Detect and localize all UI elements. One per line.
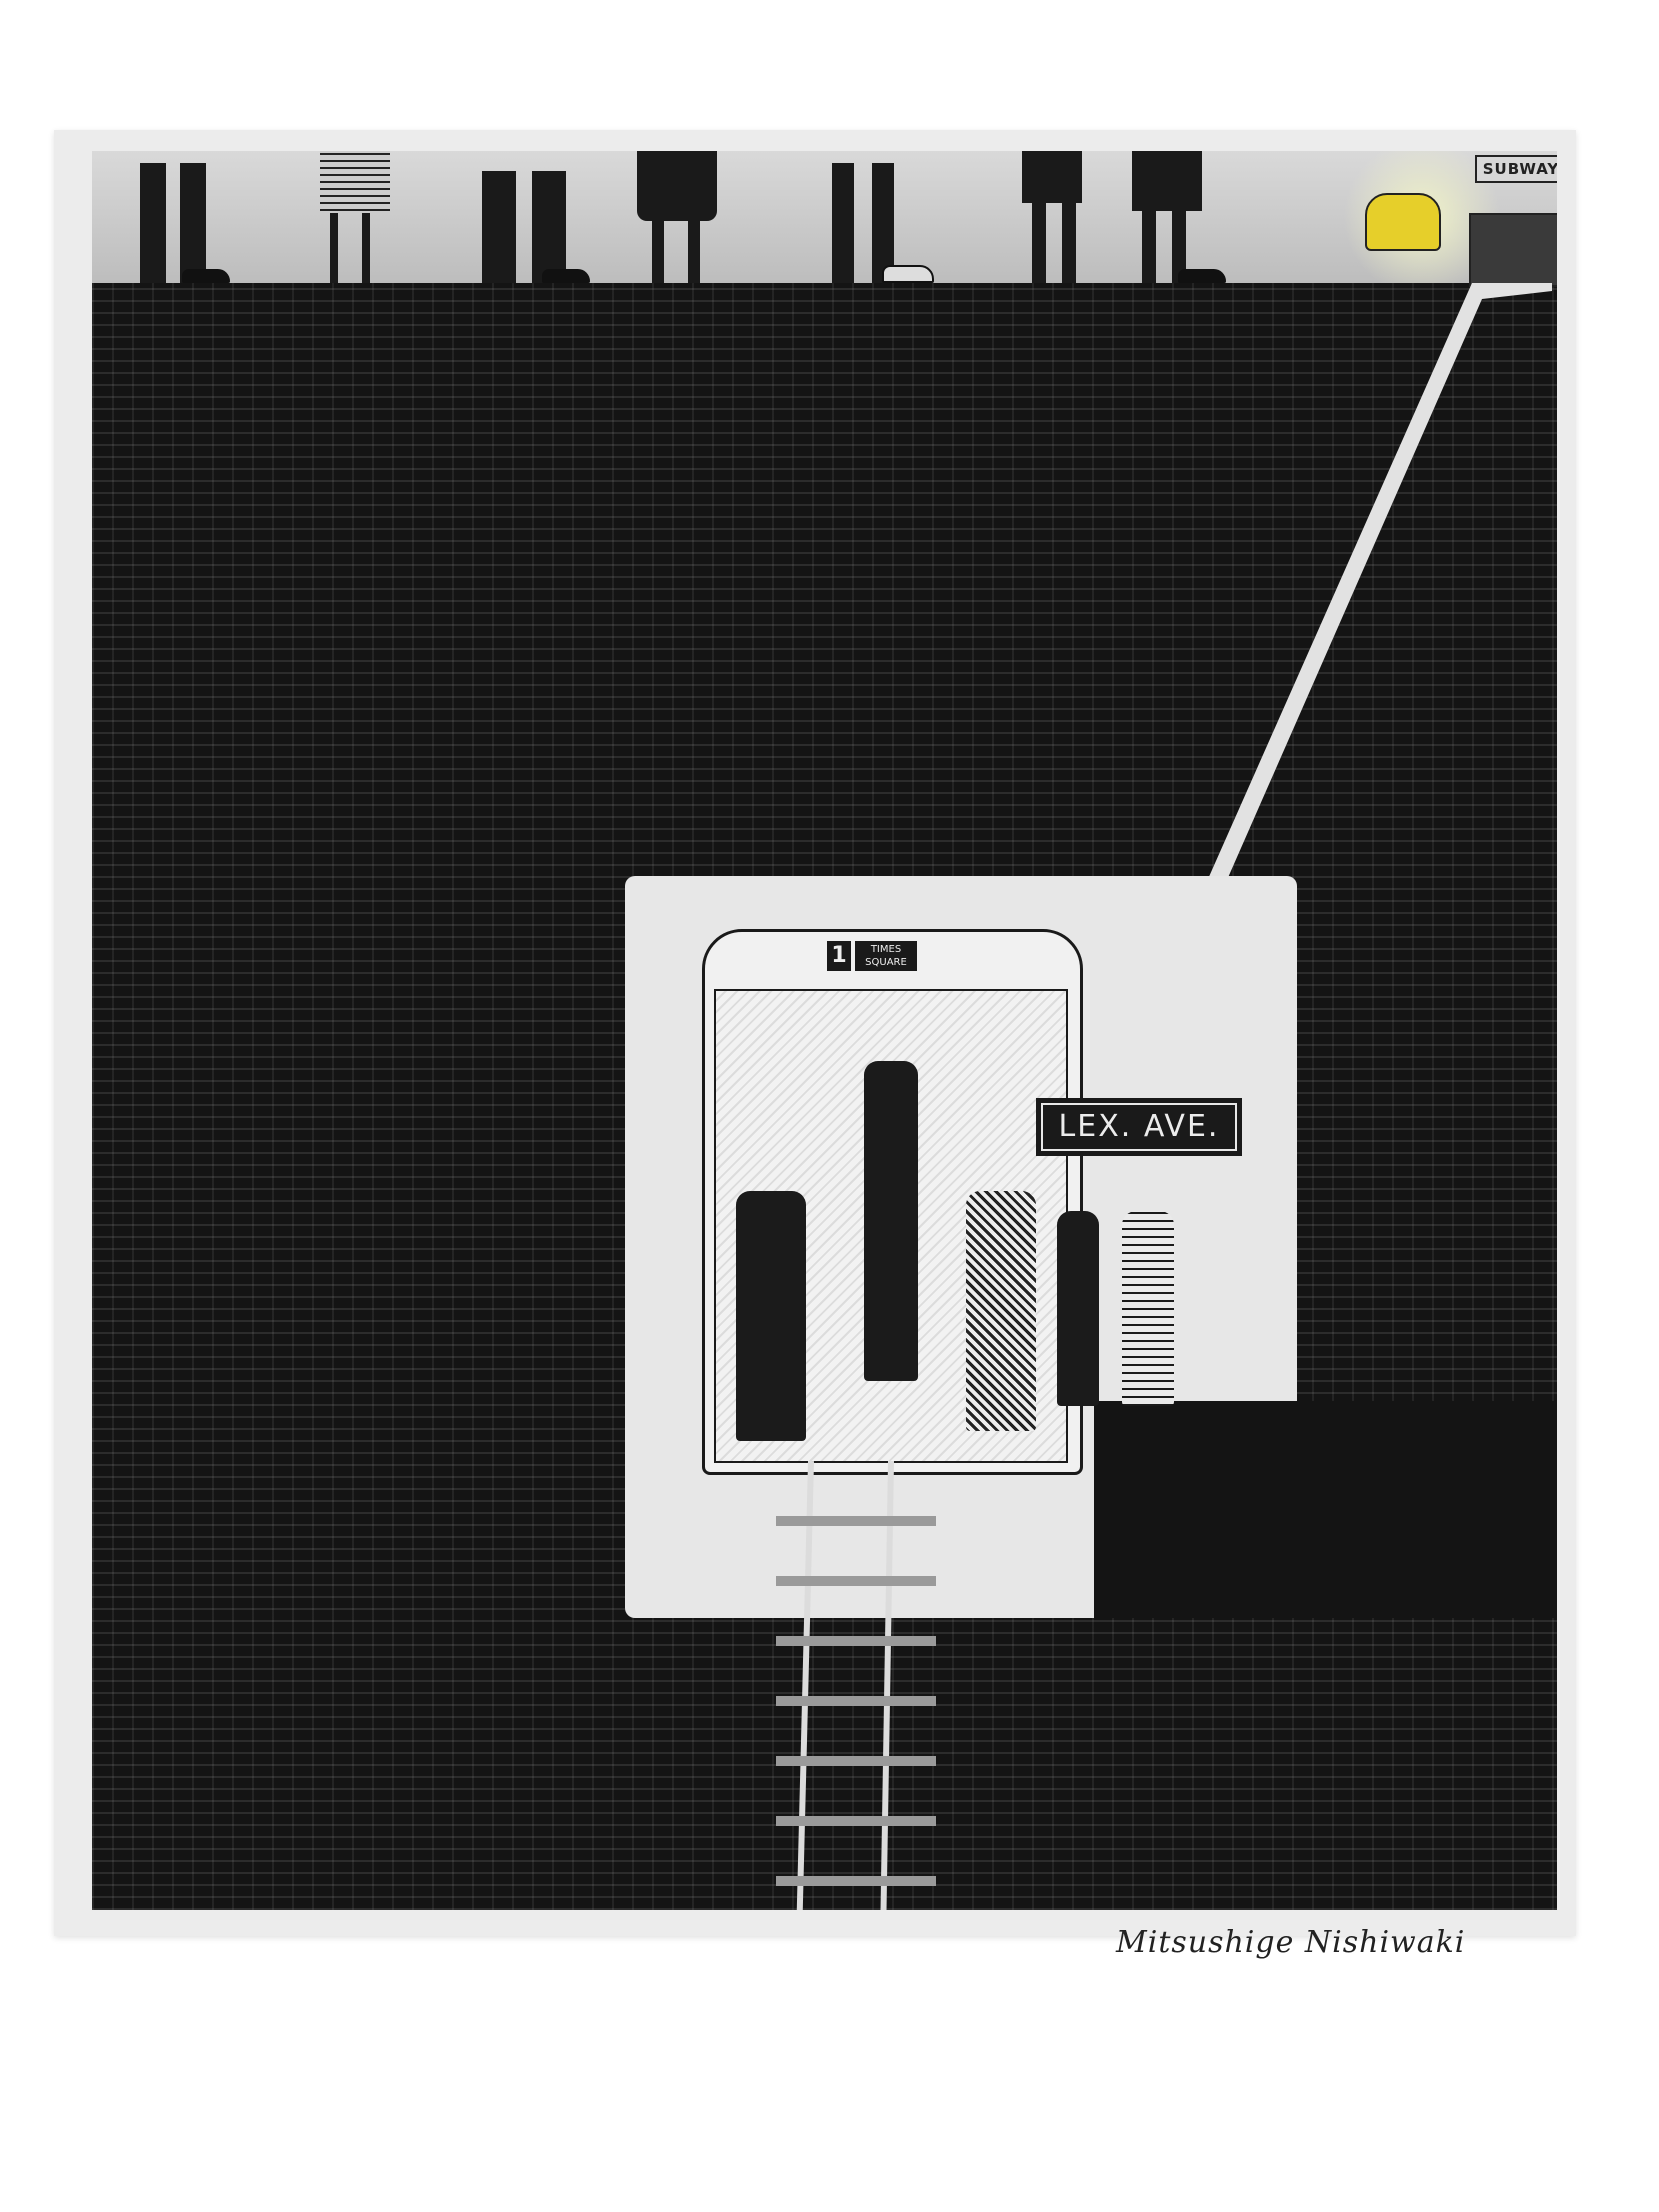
woman-checked-coat: [1122, 1211, 1174, 1406]
platform-ledge: [1094, 1401, 1557, 1618]
passenger-group: [966, 1191, 1036, 1431]
subway-sign: SUBWAY: [1475, 155, 1557, 183]
train-tracks: [776, 1461, 986, 1910]
street-level-strip: SUBWAY: [92, 151, 1557, 283]
station-sign: LEX. AVE.: [1036, 1098, 1242, 1156]
taxi-cab: [1365, 193, 1441, 251]
route-destination: TIMES SQUARE: [855, 941, 917, 971]
man-with-briefcase: [1057, 1211, 1099, 1406]
subway-entrance: [1469, 213, 1557, 287]
artist-signature: Mitsushige Nishiwaki: [1116, 1925, 1465, 1960]
route-number: 1: [827, 941, 851, 971]
train-route-sign: 1 TIMES SQUARE: [827, 941, 917, 971]
train-interior: [714, 989, 1068, 1463]
accordion-player: [864, 1061, 918, 1381]
passenger-newspaper: [736, 1191, 806, 1441]
artwork-etching: SUBWAY 1 TIMES SQUARE LEX. AVE.: [92, 151, 1557, 1910]
